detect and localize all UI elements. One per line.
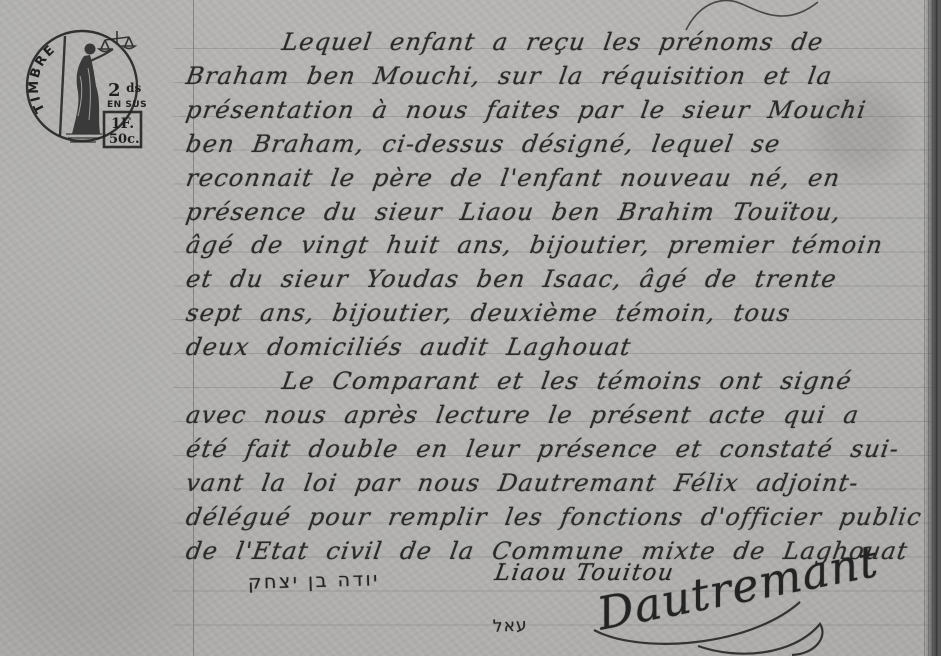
officer-signature-flourish (588, 596, 888, 656)
act-line: Le Comparant et les témoins ont signé (184, 368, 941, 398)
act-line: ben Braham, ci-dessus désigné, lequel se (184, 131, 930, 161)
act-line: âgé de vingt huit ans, bijoutier, premie… (184, 232, 930, 262)
svg-text:1F.: 1F. (111, 116, 134, 132)
act-line: deux domiciliés audit Laghouat (184, 334, 930, 364)
act-line: avec nous après lecture le présent acte … (184, 402, 930, 432)
revenue-stamp: TIMBRE 2 ds EN SUS 1 (20, 16, 152, 166)
act-line: délégué pour remplir les fonctions d'off… (184, 504, 930, 534)
act-line: vant la loi par nous Dautremant Félix ad… (184, 470, 930, 500)
hebrew-signature: יודה בן יצחק (248, 568, 380, 593)
scales-icon (99, 31, 135, 52)
act-line: sept ans, bijoutier, deuxième témoin, to… (184, 300, 930, 330)
act-line: Lequel enfant a reçu les prénoms de (184, 29, 941, 59)
act-line: reconnait le père de l'enfant nouveau né… (184, 165, 930, 195)
stamp-en-sus: EN SUS (107, 100, 147, 110)
act-line: Braham ben Mouchi, sur la réquisition et… (184, 63, 930, 93)
document-page: TIMBRE 2 ds EN SUS 1 (0, 0, 941, 656)
hebrew-mark-signature: עאל (493, 615, 529, 637)
act-line: présentation à nous faites par le sieur … (184, 97, 930, 127)
stamp-value-plaque: 1F. 50c. (104, 112, 141, 147)
stamp-timbre-text: TIMBRE (27, 42, 59, 116)
svg-text:50c.: 50c. (109, 132, 140, 147)
act-line: présence du sieur Liaou ben Brahim Touït… (184, 199, 930, 229)
act-line: et du sieur Youdas ben Isaac, âgé de tre… (184, 266, 930, 296)
act-line: été fait double en leur présence et cons… (184, 436, 930, 466)
